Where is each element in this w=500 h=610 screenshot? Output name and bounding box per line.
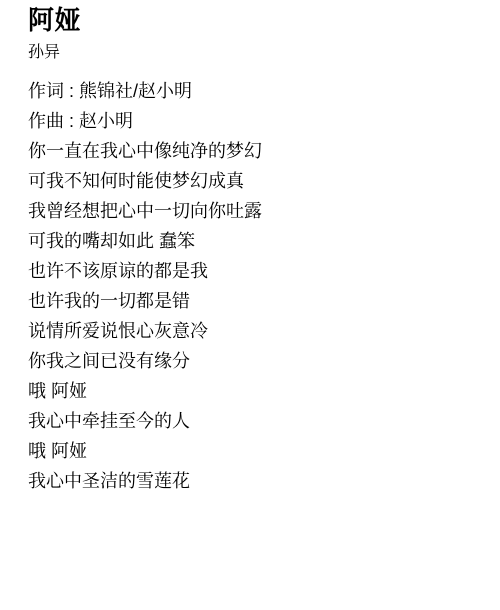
lyric-line: 哦 阿娅 — [28, 376, 480, 406]
artist-name: 孙异 — [28, 43, 480, 63]
lyric-line: 你一直在我心中像纯净的梦幻 — [28, 136, 480, 166]
lyric-line: 也许我的一切都是错 — [28, 286, 480, 316]
composer-credit: 作曲 : 赵小明 — [28, 106, 480, 136]
song-title: 阿娅 — [28, 5, 480, 35]
lyric-line: 我心中牵挂至今的人 — [28, 406, 480, 436]
lyric-line: 可我不知何时能使梦幻成真 — [28, 166, 480, 196]
lyric-line: 你我之间已没有缘分 — [28, 346, 480, 376]
lyric-line: 我曾经想把心中一切向你吐露 — [28, 196, 480, 226]
lyrics-page: 阿娅 孙异 作词 : 熊锦社/赵小明 作曲 : 赵小明 你一直在我心中像纯净的梦… — [0, 0, 500, 610]
lyric-line: 说情所爱说恨心灰意冷 — [28, 316, 480, 346]
lyric-line: 我心中圣洁的雪莲花 — [28, 466, 480, 496]
lyric-line: 可我的嘴却如此 蠢笨 — [28, 226, 480, 256]
lyric-line: 哦 阿娅 — [28, 436, 480, 466]
lyric-line: 也许不该原谅的都是我 — [28, 256, 480, 286]
credits-block: 作词 : 熊锦社/赵小明 作曲 : 赵小明 — [28, 76, 480, 136]
lyricist-credit: 作词 : 熊锦社/赵小明 — [28, 76, 480, 106]
lyrics-body: 你一直在我心中像纯净的梦幻 可我不知何时能使梦幻成真 我曾经想把心中一切向你吐露… — [28, 136, 480, 496]
